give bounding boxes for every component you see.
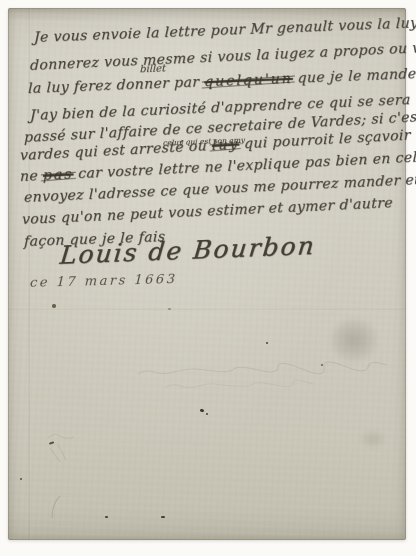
gray-smudge (330, 318, 378, 362)
ink-speck (266, 342, 268, 344)
ink-speck (200, 408, 205, 412)
foxing-spot (52, 304, 56, 308)
ink-speck (105, 516, 108, 518)
faint-pen-flick (48, 494, 68, 520)
photograph-of-letter: Je vous envoie la lettre pour Mr genault… (0, 0, 416, 556)
handwriting-text: que je le mande (292, 66, 416, 87)
ink-speck (168, 308, 171, 310)
handwriting-text: Je vous envoie la lettre pour Mr genault… (34, 15, 416, 46)
ink-speck (206, 413, 208, 415)
faint-smudge (360, 430, 386, 448)
ink-speck (20, 478, 22, 480)
handwriting-text: la luy ferez donner par (28, 74, 205, 97)
faint-pencil-scrawl (44, 428, 104, 468)
interlinear-insertion: billet (140, 64, 166, 76)
ink-speck (379, 18, 381, 20)
horizontal-fold-crease (8, 308, 406, 311)
date-line: ce 17 mars 1663 (30, 272, 178, 291)
ink-speck (161, 516, 165, 518)
ink-speck (321, 364, 323, 366)
struck-out-word: luy (212, 136, 240, 153)
handwriting-text: ne (20, 168, 43, 185)
struck-out-word: pas (43, 166, 74, 184)
struck-out-word: quelqu'un (204, 71, 293, 90)
letter-paper: Je vous envoie la lettre pour Mr genault… (8, 8, 406, 540)
faint-pencil-inscription (136, 360, 398, 396)
